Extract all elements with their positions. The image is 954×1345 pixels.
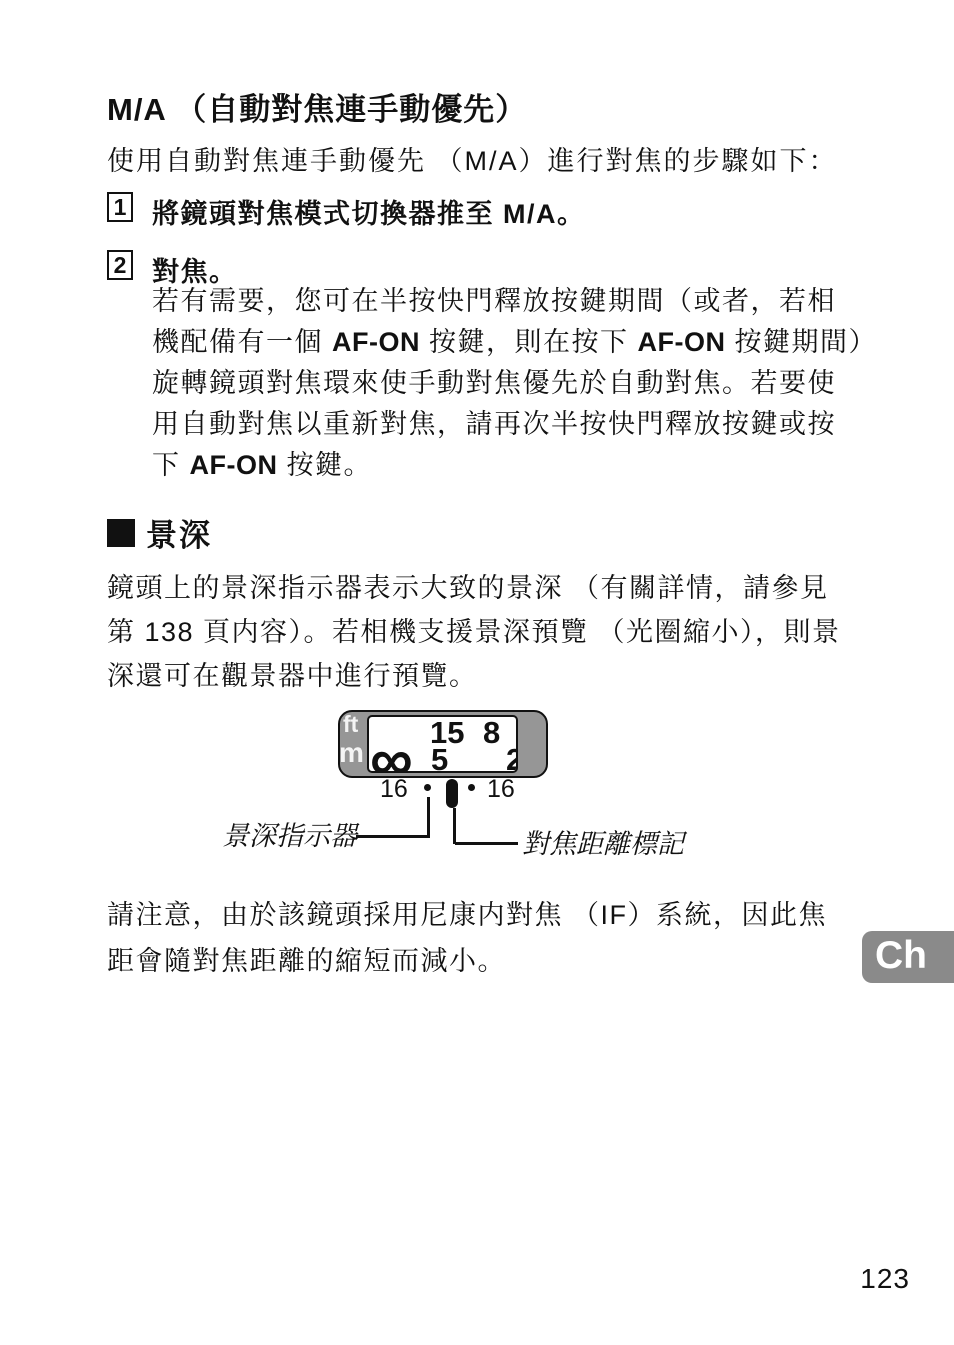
aperture-16-left: 16 [380,777,408,802]
focus-distance-mark-icon [446,779,458,808]
language-tab-ch: Ch [862,931,954,983]
focus-distance-mark-label: 對焦距離標記 [522,830,684,858]
intro-paragraph: 使用自動對焦連手動優先 （M/A）進行對焦的步驟如下： [107,139,838,178]
if-system-note: 請注意，由於該鏡頭採用尼康内對焦 （IF）系統，因此焦 距會隨對焦距離的縮短而減… [107,892,827,984]
step-number-1: 1 [114,194,127,221]
dof-paragraph: 鏡頭上的景深指示器表示大致的景深 （有關詳情，請參見 第 138 頁内容）。若相… [107,566,841,698]
aperture-16-right: 16 [487,777,515,802]
scale-m-2: 2 [506,745,518,773]
distance-scale-diagram: ft m ∞ 15 8 5 2 16 16 景深指示器 對焦距離標記 [0,700,954,875]
step-2-body: 若有需要，您可在半按快門釋放按鍵期間（或者，若相 機配備有一個 AF-ON 按鍵… [152,281,877,486]
step-number-box-2: 2 [107,250,133,280]
manual-page: M/A （自動對焦連手動優先） 使用自動對焦連手動優先 （M/A）進行對焦的步驟… [0,0,954,1345]
distance-window: ∞ 15 8 5 2 [367,715,518,773]
unit-m-label: m [339,739,364,767]
step-number-2: 2 [114,252,127,279]
step-number-box-1: 1 [107,192,133,222]
section-marker-square-icon [107,519,135,547]
leader-line-right-vertical [453,808,456,844]
infinity-symbol: ∞ [370,731,413,773]
leader-line-left-vertical [427,797,430,837]
unit-ft-label: ft [343,713,358,736]
step-1-heading: 將鏡頭對焦模式切換器推至 M/A。 [152,192,586,231]
dof-indicator-label: 景深指示器 [222,822,357,850]
dof-dot-right-icon [468,784,475,791]
page-number: 123 [820,1263,910,1295]
dof-section-label: 景深 [146,510,212,555]
language-tab-label: Ch [875,934,927,977]
dof-section-heading: 景深 [107,510,212,555]
scale-m-5: 5 [431,745,448,773]
leader-line-right-horizontal [455,842,518,845]
leader-line-left-horizontal [356,835,430,838]
dof-dot-left-icon [424,784,431,791]
scale-ft-8: 8 [483,718,500,747]
page-title: M/A （自動對焦連手動優先） [107,84,527,129]
